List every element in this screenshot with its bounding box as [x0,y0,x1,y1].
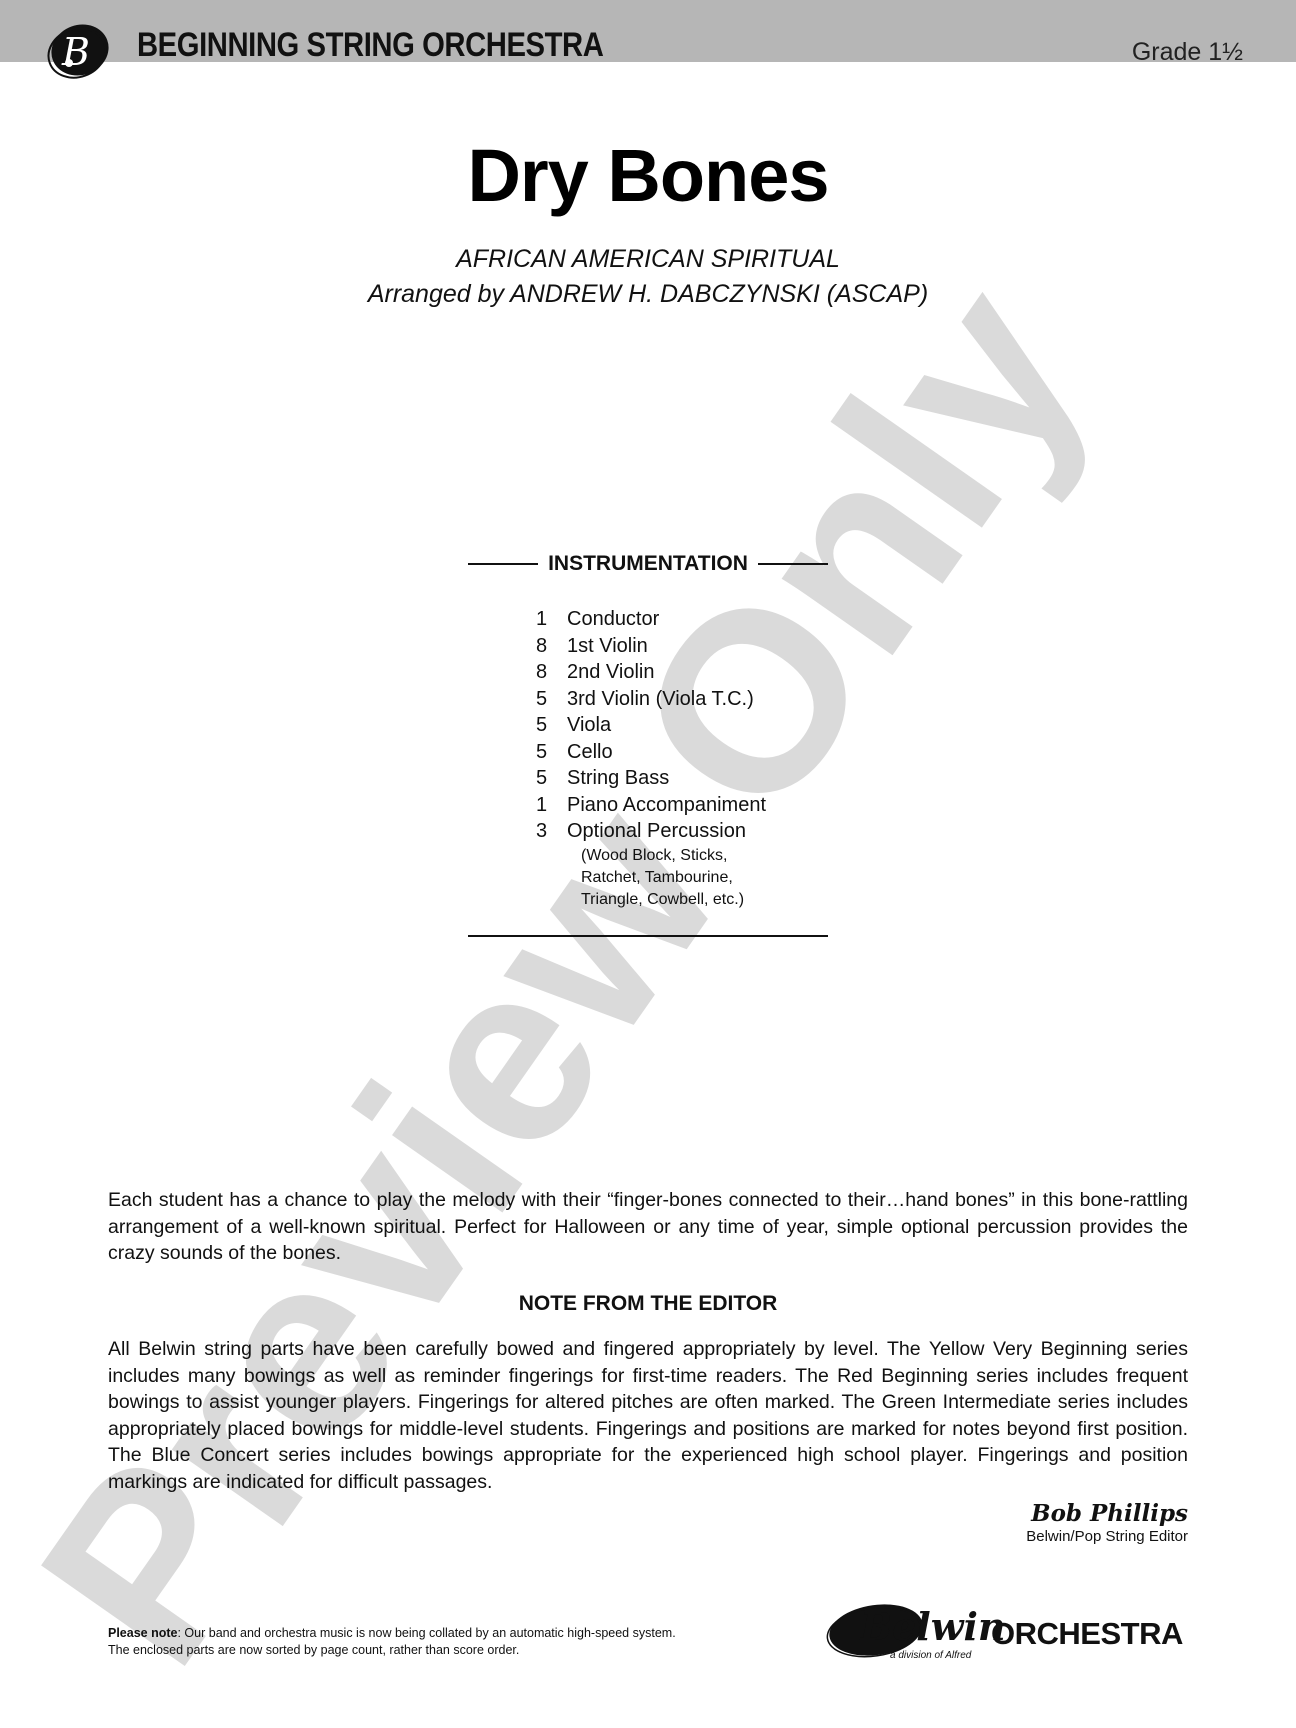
editor-note-heading: NOTE FROM THE EDITOR [0,1292,1296,1316]
percussion-detail: (Wood Block, Sticks, [536,845,766,867]
arranger: Arranged by ANDREW H. DABCZYNSKI (ASCAP) [0,277,1296,312]
publisher-division: a division of Alfred [890,1650,971,1661]
instrumentation-heading: INSTRUMENTATION [468,552,828,576]
instrument-qty: 5 [536,765,567,792]
instrument-name: 1st Violin [567,633,648,660]
instrument-row: 1Conductor [536,606,766,633]
instrument-row: 81st Violin [536,633,766,660]
description: Each student has a chance to play the me… [108,1187,1188,1267]
instrument-qty: 3 [536,818,567,845]
divider [468,563,538,565]
belwin-b-logo-icon: B [47,23,111,79]
percussion-detail: Triangle, Cowbell, etc.) [536,889,766,911]
instrument-name: Piano Accompaniment [567,792,766,819]
instrument-name: String Bass [567,765,669,792]
svg-text:B: B [61,30,90,74]
instrument-row: 53rd Violin (Viola T.C.) [536,686,766,713]
instrumentation-list: 1Conductor81st Violin82nd Violin53rd Vio… [536,606,766,911]
instrument-name: Cello [567,739,613,766]
divider [758,563,828,565]
instrument-name: Optional Percussion [567,818,746,845]
publisher-label: ORCHESTRA [991,1616,1183,1652]
instrument-row: 3Optional Percussion [536,818,766,845]
instrument-row: 82nd Violin [536,659,766,686]
instrument-qty: 1 [536,606,567,633]
instrument-name: 2nd Violin [567,659,654,686]
publisher-logo: Belwin a division of Alfred ORCHESTRA [826,1600,1196,1670]
instrument-qty: 5 [536,712,567,739]
editor-role: Belwin/Pop String Editor [1026,1528,1188,1545]
instrument-name: 3rd Violin (Viola T.C.) [567,686,754,713]
subtitle: AFRICAN AMERICAN SPIRITUAL Arranged by A… [0,242,1296,312]
instrument-qty: 8 [536,659,567,686]
instrument-qty: 8 [536,633,567,660]
instrument-row: 1Piano Accompaniment [536,792,766,819]
percussion-detail: Ratchet, Tambourine, [536,867,766,889]
series-title: BEGINNING STRING ORCHESTRA [137,26,603,65]
divider [468,935,828,937]
editor-signature: Bob Phillips [1031,1500,1188,1527]
collation-note: Please note: Our band and orchestra musi… [108,1625,676,1659]
genre: AFRICAN AMERICAN SPIRITUAL [0,242,1296,277]
instrument-qty: 1 [536,792,567,819]
grade-level: Grade 1½ [1132,38,1243,67]
piece-title: Dry Bones [0,133,1296,218]
instrument-row: 5String Bass [536,765,766,792]
editor-note-body: All Belwin string parts have been carefu… [108,1336,1188,1495]
instrument-qty: 5 [536,686,567,713]
instrument-row: 5Cello [536,739,766,766]
publisher-brand: Belwin [860,1604,1006,1649]
instrument-qty: 5 [536,739,567,766]
instrument-name: Viola [567,712,611,739]
instrument-row: 5Viola [536,712,766,739]
instrument-name: Conductor [567,606,659,633]
